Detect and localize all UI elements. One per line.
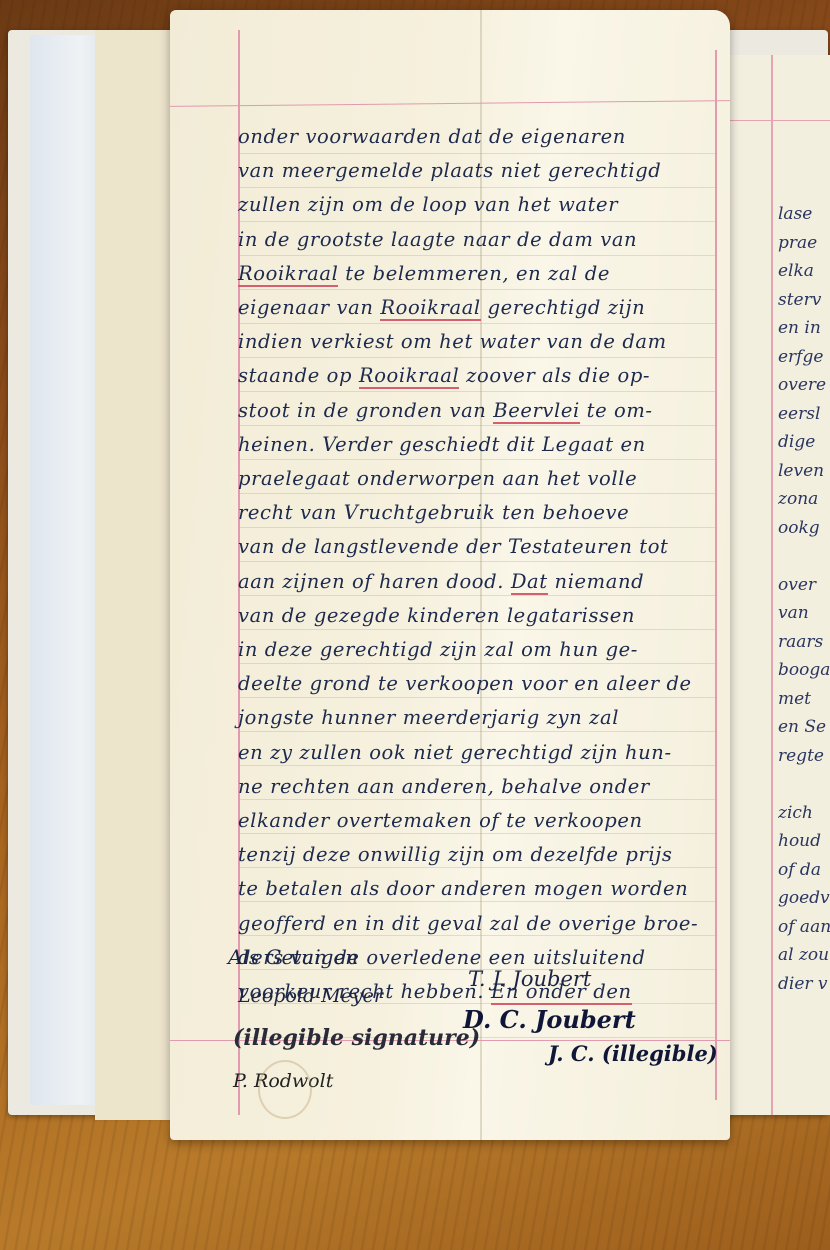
- right-page-line: elka: [778, 257, 830, 286]
- right-page-line: houd: [778, 827, 830, 856]
- right-page-line: of aan: [778, 913, 830, 942]
- text-line: tenzij deze onwillig zijn om dezelfde pr…: [238, 838, 723, 872]
- main-document-page: onder voorwaarden dat de eigenaren van m…: [170, 10, 730, 1140]
- right-page-line: booga: [778, 656, 830, 685]
- right-page-line: sterv: [778, 286, 830, 315]
- text-line: heinen. Verder geschiedt dit Legaat en: [238, 428, 723, 462]
- underlined-name: Rooikraal: [359, 364, 459, 389]
- right-page-line: erfge: [778, 343, 830, 372]
- right-page-line: ookg: [778, 514, 830, 543]
- text-line: in de grootste laagte naar de dam van: [238, 223, 723, 257]
- text-line: geofferd en in dit geval zal de overige …: [238, 907, 723, 941]
- text-line: in deze gerechtigd zijn zal om hun ge-: [238, 633, 723, 667]
- right-page-line: over: [778, 571, 830, 600]
- right-page-line: prae: [778, 229, 830, 258]
- text-line: onder voorwaarden dat de eigenaren: [238, 120, 723, 154]
- right-page-line: lase: [778, 200, 830, 229]
- testator-signature: J. C. (illegible): [548, 1041, 718, 1066]
- right-page-line: dige: [778, 428, 830, 457]
- right-page-line: [778, 542, 830, 571]
- text-line: van de gezegde kinderen legatarissen: [238, 599, 723, 633]
- right-page-margin-rule: [771, 55, 773, 1115]
- text-line: staande op Rooikraal zoover als die op-: [238, 359, 723, 393]
- text-line: praelegaat onderworpen aan het volle: [238, 462, 723, 496]
- right-page-top-rule: [726, 120, 830, 121]
- text-line: indien verkiest om het water van de dam: [238, 325, 723, 359]
- text-line: Rooikraal te belemmeren, en zal de: [238, 257, 723, 291]
- text-line: jongste hunner meerderjarig zyn zal: [238, 701, 723, 735]
- text-line: recht van Vruchtgebruik ten behoeve: [238, 496, 723, 530]
- underlined-name: Rooikraal: [238, 262, 338, 287]
- right-page-line: van: [778, 599, 830, 628]
- text-line: van de langstlevende der Testateuren tot: [238, 530, 723, 564]
- right-page-line: [778, 770, 830, 799]
- text-line: stoot in de gronden van Beervlei te om-: [238, 394, 723, 428]
- right-page-line: of da: [778, 856, 830, 885]
- text-line: aan zijnen of haren dood. Dat niemand: [238, 565, 723, 599]
- right-page-line: en Se: [778, 713, 830, 742]
- text-line: zullen zijn om de loop van het water: [238, 188, 723, 222]
- right-page-line: overe: [778, 371, 830, 400]
- text-line: te betalen als door anderen mogen worden: [238, 872, 723, 906]
- text-line: en zy zullen ook niet gerechtigd zijn hu…: [238, 736, 723, 770]
- right-page-line: al zou: [778, 941, 830, 970]
- witness-signature: (illegible signature): [233, 1025, 480, 1051]
- right-page-line: goedv: [778, 884, 830, 913]
- text-line: deelte grond te verkoopen voor en aleer …: [238, 667, 723, 701]
- handwritten-body: onder voorwaarden dat de eigenaren van m…: [238, 120, 723, 1009]
- text-line: ne rechten aan anderen, behalve onder: [238, 770, 723, 804]
- text-line: elkander overtemaken of te verkoopen: [238, 804, 723, 838]
- right-page-line: regte: [778, 742, 830, 771]
- text-line: van meergemelde plaats niet gerechtigd: [238, 154, 723, 188]
- faded-stamp-mark: [258, 1060, 312, 1119]
- adjacent-right-page: lasepraeelkasterven inerfgeovereeersldig…: [725, 55, 830, 1115]
- underlined-name: Dat: [511, 570, 548, 595]
- witness-label: Als Getuigen: [228, 945, 358, 969]
- testator-signature: D. C. Joubert: [463, 1005, 636, 1034]
- right-page-line: met: [778, 685, 830, 714]
- text-line: eigenaar van Rooikraal gerechtigd zijn: [238, 291, 723, 325]
- right-page-line: zona: [778, 485, 830, 514]
- right-page-line: leven: [778, 457, 830, 486]
- underlined-name: Rooikraal: [380, 296, 480, 321]
- testator-signature: T. J. Joubert: [468, 967, 591, 991]
- witness-signature: Leopold Meyer: [238, 985, 383, 1007]
- right-page-line: raars: [778, 628, 830, 657]
- right-page-line: dier v: [778, 970, 830, 999]
- top-margin-rule: [170, 100, 730, 107]
- underlined-name: Beervlei: [493, 399, 580, 424]
- right-page-text: lasepraeelkasterven inerfgeovereeersldig…: [778, 200, 830, 998]
- right-page-line: en in: [778, 314, 830, 343]
- right-page-line: zich: [778, 799, 830, 828]
- right-page-line: eersl: [778, 400, 830, 429]
